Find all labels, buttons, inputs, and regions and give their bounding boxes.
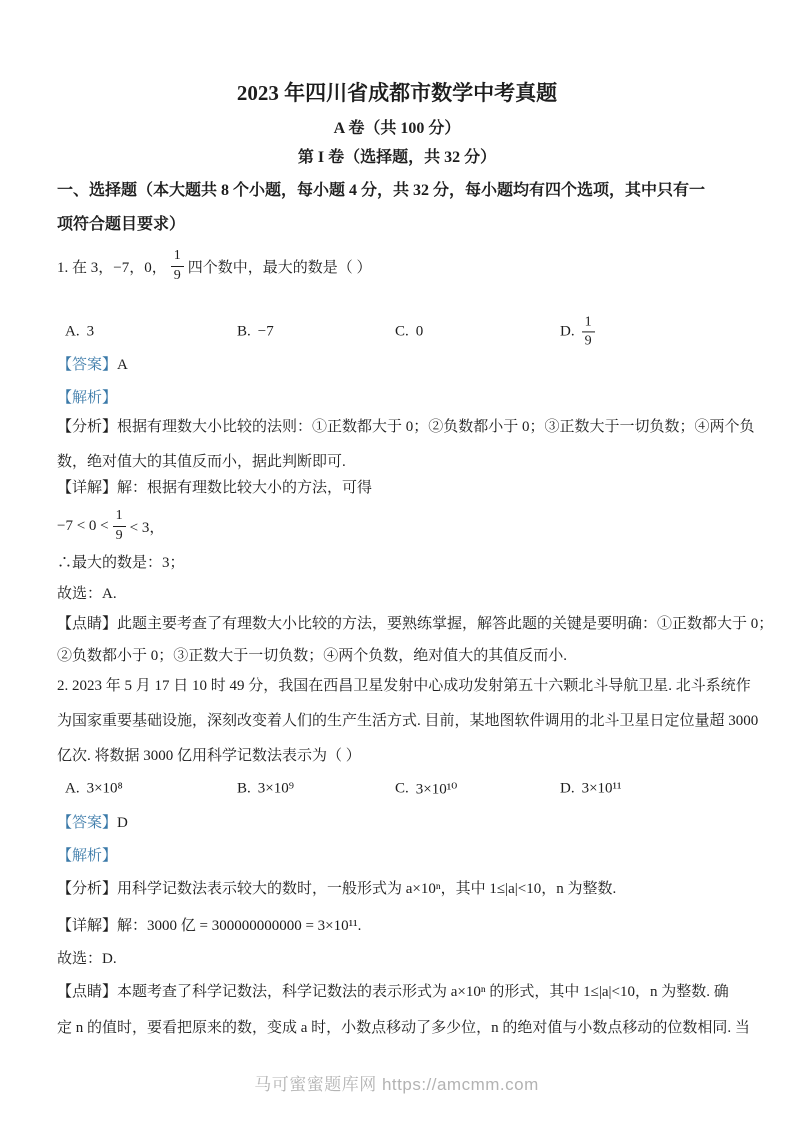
- fraction-numerator: 1: [171, 248, 184, 266]
- question-1-stem-prefix: 1. 在 3，−7，0，: [57, 256, 167, 277]
- fraction-denominator: 9: [116, 527, 123, 544]
- question-1-option-d: D. 1 9: [560, 314, 599, 349]
- question-1-jiexi-label: 【解析】: [57, 386, 737, 410]
- question-2-dianjing-line1: 【点睛】本题考查了科学记数法，科学记数法的表示形式为 a×10ⁿ 的形式，其中 …: [57, 980, 737, 1004]
- question-2-jiexi-label: 【解析】: [57, 844, 737, 868]
- question-2-choice: 故选：D.: [57, 947, 737, 971]
- question-2-answer-line: 【答案】D: [57, 811, 737, 835]
- question-1-xiangjie: 【详解】解：根据有理数比较大小的方法，可得: [57, 476, 737, 500]
- question-2-stem-line2: 为国家重要基础设施，深刻改变着人们的生产生活方式. 目前，某地图软件调用的北斗卫…: [57, 709, 737, 733]
- question-1-conclusion: ∴最大的数是：3；: [57, 551, 737, 575]
- part-heading: 第 I 卷（选择题，共 32 分）: [57, 146, 737, 170]
- answer-label: 【答案】: [57, 815, 117, 831]
- question-1-fenxi-line2: 数，绝对值大的其值反而小，据此判断即可.: [57, 450, 737, 474]
- option-label: C.: [395, 324, 409, 341]
- fraction-numerator: 1: [113, 508, 126, 526]
- option-label: D.: [560, 781, 575, 798]
- question-1-option-a: A. 3: [65, 324, 94, 341]
- option-label: C.: [395, 781, 409, 798]
- section-heading-line2: 项符合题目要求）: [57, 213, 737, 237]
- option-value: 3: [87, 324, 95, 341]
- watermark-footer: 马可蜜蜜题库网 https://amcmm.com: [0, 1070, 793, 1095]
- question-2-stem-line1: 2. 2023 年 5 月 17 日 10 时 49 分，我国在西昌卫星发射中心…: [57, 674, 737, 698]
- question-1-stem-suffix: 四个数中，最大的数是（ ）: [188, 256, 372, 277]
- option-label: A.: [65, 781, 80, 798]
- question-2-stem-line3: 亿次. 将数据 3000 亿用科学记数法表示为（ ）: [57, 744, 737, 768]
- option-value: 3×10⁹: [258, 781, 294, 798]
- question-2-fenxi: 【分析】用科学记数法表示较大的数时，一般形式为 a×10ⁿ，其中 1≤|a|<1…: [57, 877, 737, 901]
- question-1-option-b: B. −7: [237, 324, 274, 341]
- question-2-dianjing-line2: 定 n 的值时，要看把原来的数，变成 a 时，小数点移动了多少位，n 的绝对值与…: [57, 1016, 737, 1040]
- question-2-option-b: B. 3×10⁹: [237, 781, 294, 798]
- question-1-stem: 1. 在 3，−7，0， 1 9 四个数中，最大的数是（ ）: [57, 241, 737, 291]
- fraction-denominator: 9: [585, 333, 592, 350]
- fraction-one-ninth: 1 9: [171, 248, 184, 283]
- question-2-option-a: A. 3×10⁸: [65, 781, 123, 798]
- question-1-option-c: C. 0: [395, 324, 423, 341]
- question-2-xiangjie: 【详解】解：3000 亿 = 300000000000 = 3×10¹¹.: [57, 914, 737, 938]
- question-1-choice: 故选：A.: [57, 582, 737, 606]
- fraction-denominator: 9: [174, 267, 181, 284]
- question-1-dianjing-line1: 【点睛】此题主要考查了有理数大小比较的方法，要熟练掌握，解答此题的关键是要明确：…: [57, 612, 737, 636]
- option-label: A.: [65, 324, 80, 341]
- option-label: D.: [560, 324, 575, 341]
- inequality-suffix: < 3，: [130, 516, 165, 537]
- volume-heading: A 卷（共 100 分）: [57, 117, 737, 141]
- question-2-options: A. 3×10⁸ B. 3×10⁹ C. 3×10¹⁰ D. 3×10¹¹: [57, 777, 737, 801]
- question-1-answer-line: 【答案】A: [57, 353, 737, 377]
- question-1-inequality: −7 < 0 < 1 9 < 3，: [57, 502, 737, 550]
- question-1-fenxi-line1: 【分析】根据有理数大小比较的法则：①正数都大于 0；②负数都小于 0；③正数大于…: [57, 415, 737, 439]
- option-value: 3×10¹⁰: [416, 780, 457, 799]
- section-heading-line1: 一、选择题（本大题共 8 个小题，每小题 4 分，共 32 分，每小题均有四个选…: [57, 179, 737, 203]
- answer-value: A: [117, 357, 128, 373]
- option-value: −7: [258, 324, 274, 341]
- question-2-option-c: C. 3×10¹⁰: [395, 780, 457, 799]
- question-2-option-d: D. 3×10¹¹: [560, 781, 622, 798]
- option-label: B.: [237, 324, 251, 341]
- fraction-numerator: 1: [582, 314, 595, 332]
- question-1-dianjing-line2: ②负数都小于 0；③正数大于一切负数；④两个负数，绝对值大的其值反而小.: [57, 644, 737, 668]
- inequality-prefix: −7 < 0 <: [57, 518, 109, 535]
- answer-value: D: [117, 815, 128, 831]
- exam-page: 2023 年四川省成都市数学中考真题 A 卷（共 100 分） 第 I 卷（选择…: [0, 0, 793, 1040]
- question-1-options: A. 3 B. −7 C. 0 D. 1 9: [57, 311, 737, 353]
- answer-label: 【答案】: [57, 357, 117, 373]
- fraction-one-ninth: 1 9: [582, 314, 595, 349]
- option-value: 3×10⁸: [87, 781, 123, 798]
- option-label: B.: [237, 781, 251, 798]
- fraction-one-ninth: 1 9: [113, 508, 126, 543]
- option-value: 0: [416, 324, 424, 341]
- option-value: 3×10¹¹: [582, 781, 622, 798]
- doc-title: 2023 年四川省成都市数学中考真题: [57, 78, 737, 108]
